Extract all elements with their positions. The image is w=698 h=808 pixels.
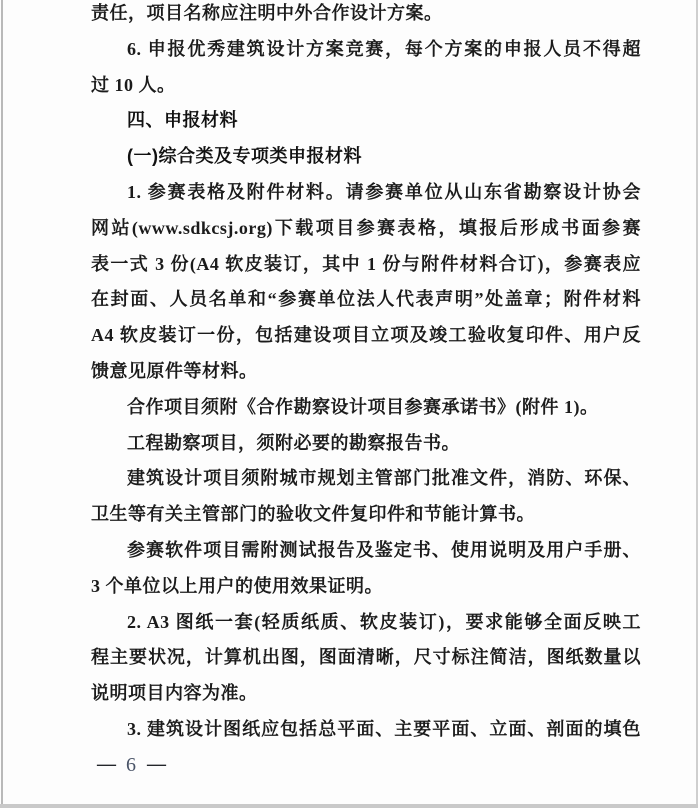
document-text-line: 合作项目须附《合作勘察设计项目参赛承诺书》(附件 1)。 bbox=[91, 390, 641, 426]
document-text-line: 建筑设计项目须附城市规划主管部门批准文件，消防、环保、 bbox=[91, 461, 641, 497]
document-text-line: 责任，项目名称应注明中外合作设计方案。 bbox=[91, 0, 641, 32]
document-text-line: 3. 建筑设计图纸应包括总平面、主要平面、立面、剖面的填色 bbox=[91, 712, 641, 748]
document-text-line: 程主要状况，计算机出图，图面清晰，尺寸标注简洁，图纸数量以能 bbox=[91, 640, 641, 676]
document-text-line: 网站(www.sdkcsj.org)下载项目参赛表格，填报后形成书面参赛 bbox=[91, 211, 641, 247]
document-text-line: 工程勘察项目，须附必要的勘察报告书。 bbox=[91, 426, 641, 462]
document-text-line: 过 10 人。 bbox=[91, 68, 641, 104]
document-heading: (一)综合类及专项类申报材料 bbox=[91, 139, 641, 175]
document-heading: 四、申报材料 bbox=[91, 103, 641, 139]
scanned-document-page: { "document": { "lines": [ { "text": "责任… bbox=[0, 0, 698, 808]
page-footer: — 6 — bbox=[97, 752, 165, 778]
document-text-line: 6. 申报优秀建筑设计方案竞赛，每个方案的申报人员不得超 bbox=[91, 32, 641, 68]
footer-dash-right: — bbox=[147, 754, 165, 776]
document-text-line: 馈意见原件等材料。 bbox=[91, 354, 641, 390]
scan-edge-bottom bbox=[0, 804, 698, 808]
document-text-line: 3 个单位以上用户的使用效果证明。 bbox=[91, 569, 641, 605]
footer-page-number: 6 bbox=[126, 754, 136, 777]
document-text-line: 在封面、人员名单和“参赛单位法人代表声明”处盖章；附件材料 bbox=[91, 282, 641, 318]
footer-dash-left: — bbox=[97, 754, 115, 776]
document-text-line: 卫生等有关主管部门的验收文件复印件和节能计算书。 bbox=[91, 497, 641, 533]
document-text-line: 2. A3 图纸一套(轻质纸质、软皮装订)，要求能够全面反映工 bbox=[91, 605, 641, 641]
scan-edge-left bbox=[1, 0, 3, 808]
document-body: 责任，项目名称应注明中外合作设计方案。6. 申报优秀建筑设计方案竞赛，每个方案的… bbox=[91, 0, 641, 748]
document-text-line: 表一式 3 份(A4 软皮装订，其中 1 份与附件材料合订)，参赛表应 bbox=[91, 247, 641, 283]
document-text-line: 参赛软件项目需附测试报告及鉴定书、使用说明及用户手册、 bbox=[91, 533, 641, 569]
document-text-line: 说明项目内容为准。 bbox=[91, 676, 641, 712]
document-text-line: A4 软皮装订一份，包括建设项目立项及竣工验收复印件、用户反 bbox=[91, 318, 641, 354]
document-text-line: 1. 参赛表格及附件材料。请参赛单位从山东省勘察设计协会 bbox=[91, 175, 641, 211]
